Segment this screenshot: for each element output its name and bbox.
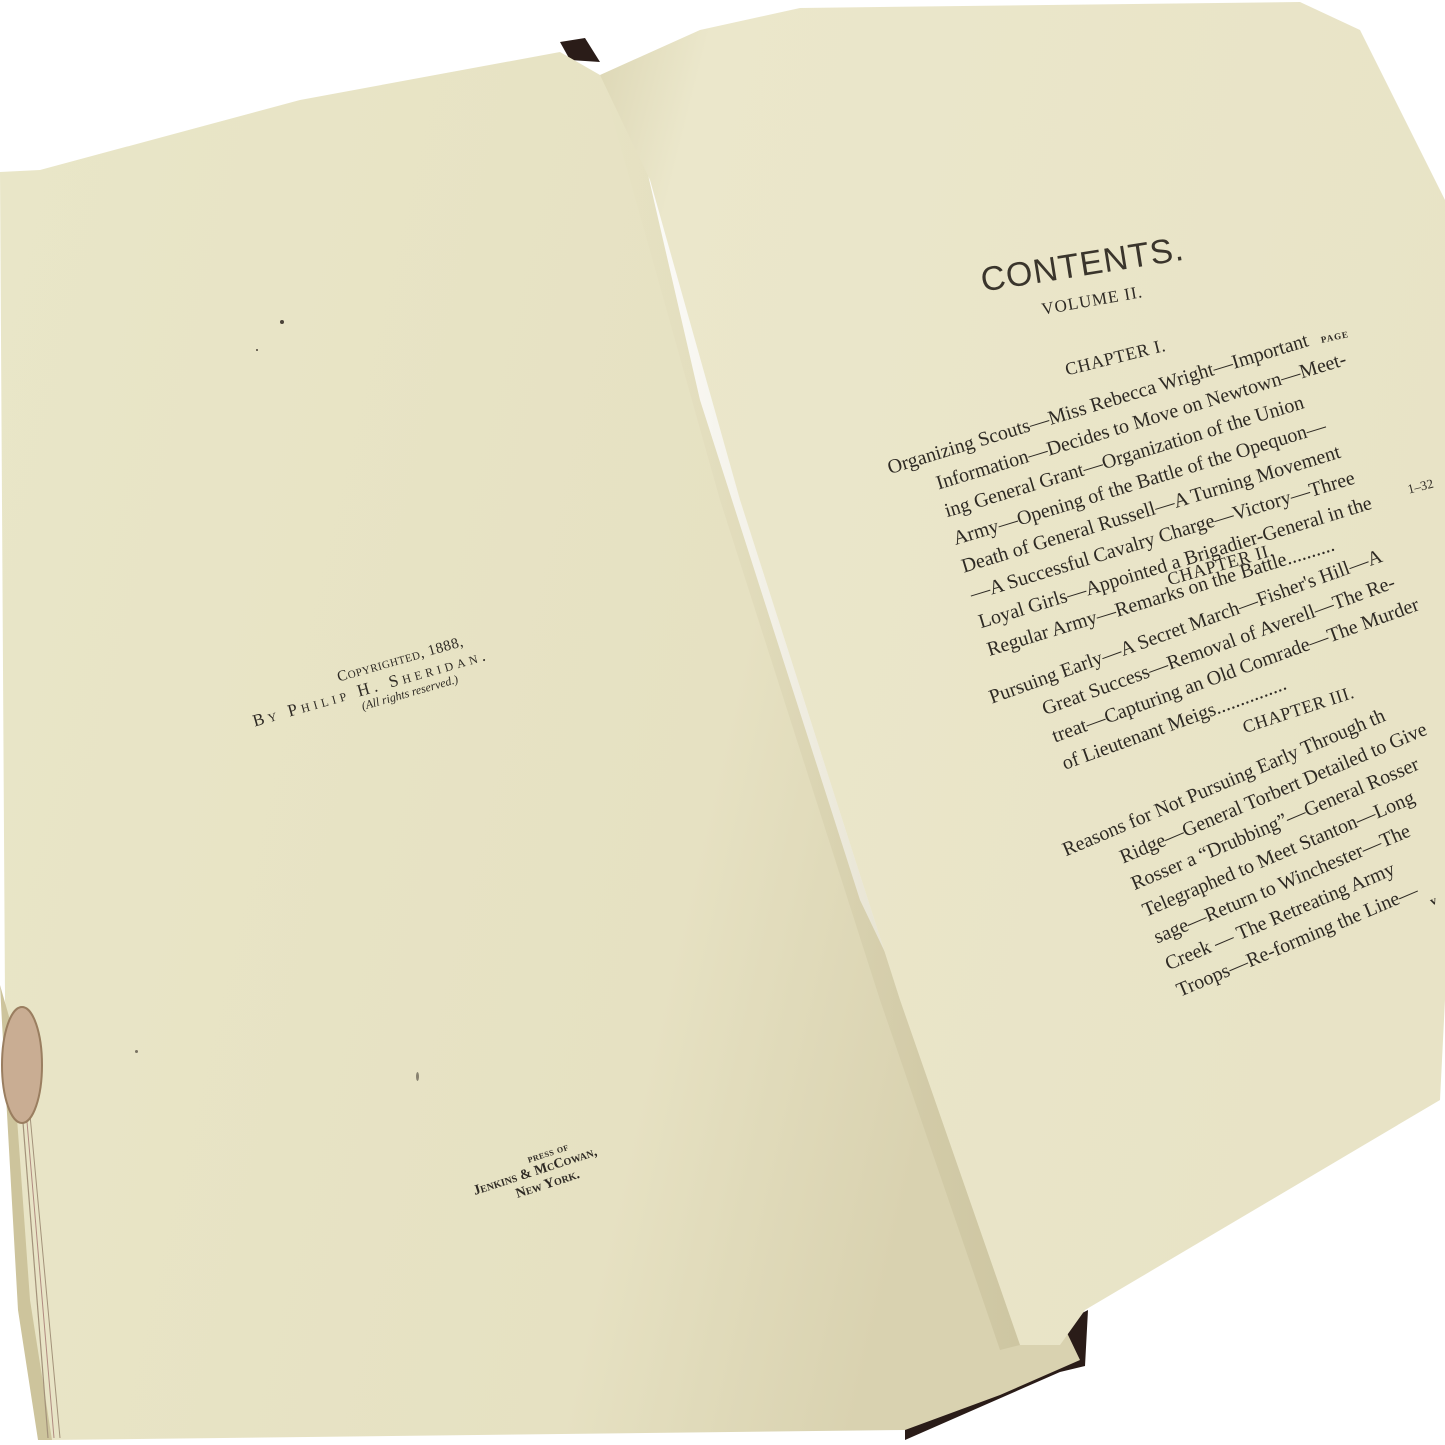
paper-speck [256, 349, 258, 351]
ribbon-marker [2, 1007, 42, 1123]
paper-speck [135, 1050, 138, 1053]
open-book-photo: Copyrighted, 1888, By Philip H. Sheridan… [0, 0, 1445, 1445]
paper-speck [280, 320, 284, 324]
book-illustration [0, 0, 1445, 1445]
paper-speck [416, 1072, 419, 1081]
